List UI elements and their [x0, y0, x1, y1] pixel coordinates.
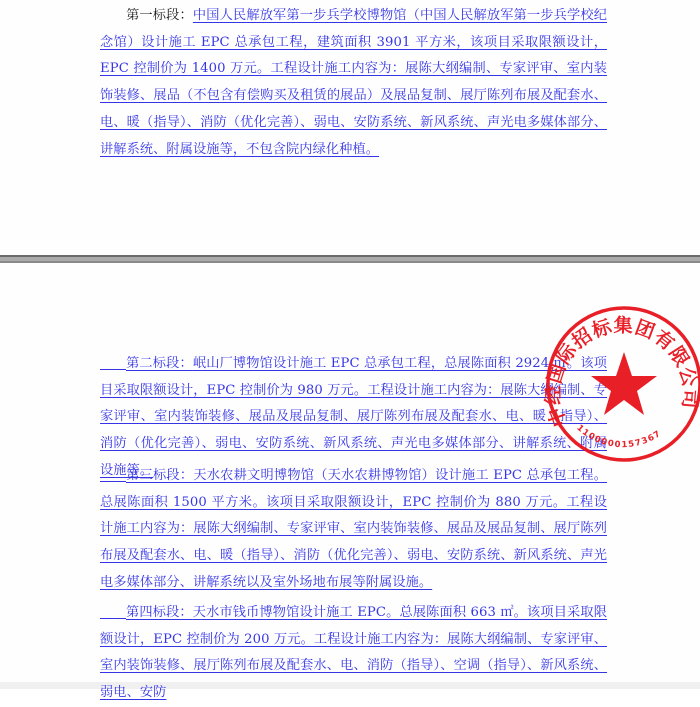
section-2-link-text[interactable]: 岷山厂博物馆设计施工 EPC 总承包工程，总展陈面积 2924 ㎡。该项目采取限…	[100, 356, 607, 478]
paragraph-indent	[100, 466, 126, 482]
paragraph-indent	[100, 603, 126, 619]
section-3-link-text[interactable]: 天水农耕文明博物馆（天水农耕博物馆）设计施工 EPC 总承包工程。总展陈面积 1…	[100, 468, 607, 590]
section-4-label[interactable]: 第四标段：	[126, 605, 193, 620]
section-1-label: 第一标段：	[126, 8, 193, 23]
section-1-paragraph: 第一标段：中国人民解放军第一步兵学校博物馆（中国人民解放军第一步兵学校纪念馆）设…	[100, 3, 607, 163]
page-separator	[0, 255, 700, 263]
section-3-paragraph: 第三标段：天水农耕文明博物馆（天水农耕博物馆）设计施工 EPC 总承包工程。总展…	[100, 463, 607, 597]
section-1-link-text[interactable]: 中国人民解放军第一步兵学校博物馆（中国人民解放军第一步兵学校纪念馆）设计施工 E…	[100, 8, 607, 157]
section-4-paragraph: 第四标段：天水市钱币博物馆设计施工 EPC。总展陈面积 663 ㎡。该项目采取限…	[100, 600, 607, 689]
section-2-label[interactable]: 第二标段：	[126, 356, 193, 371]
paragraph-indent	[100, 354, 126, 370]
section-3-label[interactable]: 第三标段：	[126, 468, 193, 483]
